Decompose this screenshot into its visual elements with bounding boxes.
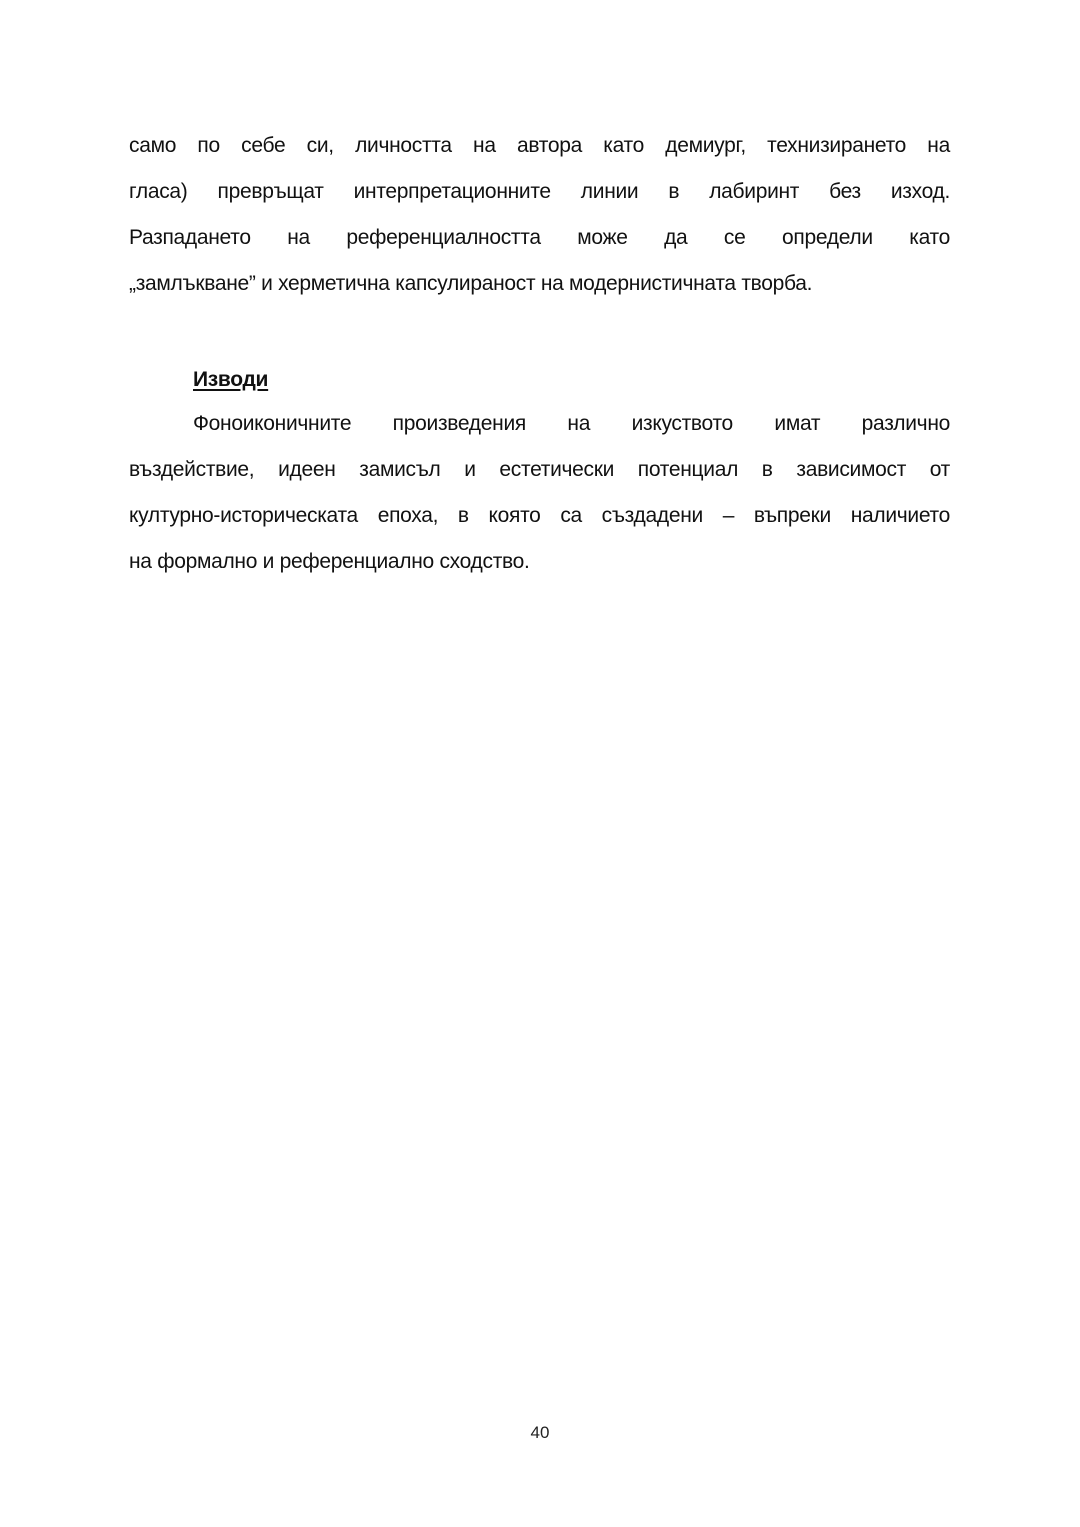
- paragraph-line: Фоноиконичните произведения на изкуствот…: [129, 401, 950, 447]
- paragraph-line: културно-историческата епоха, в която са…: [129, 493, 950, 539]
- paragraph-body-continuation: само по себе си, личността на автора кат…: [129, 123, 950, 307]
- paragraph-line: само по себе си, личността на автора кат…: [129, 123, 950, 169]
- paragraph-line: „замлъкване” и херметична капсулираност …: [129, 261, 950, 307]
- paragraph-line: гласа) превръщат интерпретационните лини…: [129, 169, 950, 215]
- paragraph-line: въздействие, идеен замисъл и естетически…: [129, 447, 950, 493]
- paragraph-line: на формално и референциално сходство.: [129, 539, 950, 585]
- paragraph-line: Разпадането на референциалността може да…: [129, 215, 950, 261]
- document-page: само по себе си, личността на автора кат…: [0, 0, 1080, 1527]
- page-number: 40: [0, 1422, 1080, 1444]
- section-heading: Изводи: [193, 357, 268, 403]
- paragraph-conclusions: Фоноиконичните произведения на изкуствот…: [129, 401, 950, 585]
